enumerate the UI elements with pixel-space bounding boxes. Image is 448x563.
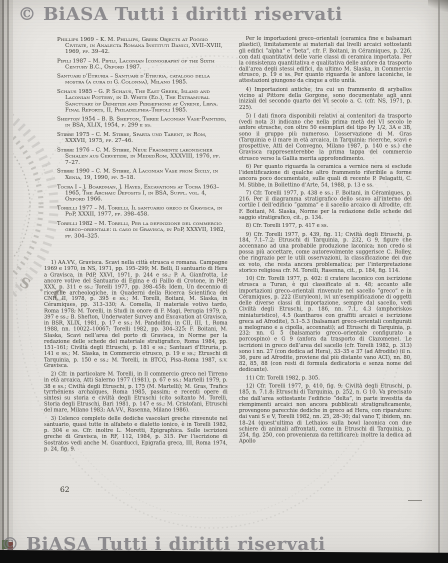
bibliography-entry: Torelli 1982 – M. Torelli, Per la defini… bbox=[57, 220, 227, 238]
footnotes-right-column: Per le importazioni greco–orientali (cer… bbox=[239, 36, 412, 447]
bibliography-entry: Schaus 1985 – G. P. Schaus, The East Gre… bbox=[57, 88, 227, 112]
footnote: 12) Cfr. Torelli 1977, p. 410, fig. 9; C… bbox=[239, 384, 412, 445]
bibliography-entry: Tocra I – J. Boardman, J. Hayes, Excavat… bbox=[57, 183, 227, 201]
footnote: 2) Cfr. in particolare M. Torelli, in Il… bbox=[44, 371, 228, 413]
bibliography-entry: Torelli 1977 – M. Torelli, Il santuario … bbox=[57, 205, 227, 217]
footnote: 8) Cfr. Torelli 1977, p. 417 e ss. bbox=[239, 223, 412, 229]
bibliography-entry: Shefton 1954 – B. B. Shefton, Three Laco… bbox=[57, 116, 227, 128]
footnote: 6) Per quanto riguarda la ceramica a ver… bbox=[239, 164, 412, 188]
copyright-watermark-top: © BiASA Tutti i diritti riservati bbox=[18, 4, 343, 25]
bibliography-column: Phillips 1969 – K. M. Phillips, Greek Ob… bbox=[57, 36, 227, 242]
bibliography-entry: Santuari d’Etruria – Santuari d’Etruria,… bbox=[57, 73, 227, 85]
footnote: 9) Cfr. Torelli 1977, p. 439, fig. 11; C… bbox=[239, 232, 412, 274]
bibliography-entry: Stibbe 1990 – C. M. Stibbe, A Laconian V… bbox=[57, 168, 227, 180]
bibliography-entry: Phillips 1969 – K. M. Phillips, Greek Ob… bbox=[57, 36, 227, 54]
scan-bottom-black-bar bbox=[0, 550, 448, 563]
footnote: 4) Importazioni antiche, tra cui un fram… bbox=[239, 87, 412, 111]
bibliography-entry: Stibbe 1975 – C. M. Stibbe, Sparta und T… bbox=[57, 131, 227, 143]
footnote: 1) AA.VV., Gravisca. Scavi nella città e… bbox=[44, 260, 228, 369]
bibliography-entry: Stibbe 1976 – C. M. Stibbe, Neue Fragmen… bbox=[57, 147, 227, 165]
footnotes-left-column: 1) AA.VV., Gravisca. Scavi nella città e… bbox=[44, 260, 228, 455]
scan-corner-shadow bbox=[428, 0, 448, 12]
page-number: 62 bbox=[60, 485, 70, 494]
scan-dash-mark bbox=[408, 500, 422, 501]
footnote: 11) Cfr. Torelli 1982, p. 305. bbox=[239, 375, 412, 381]
right-column-intro: Per le importazioni greco–orientali (cer… bbox=[239, 36, 412, 84]
scan-edge-right-line bbox=[438, 0, 440, 563]
scanned-journal-page: E S · C O © BiASA Tutti i diritti riserv… bbox=[0, 0, 448, 563]
footnote: 10) Cfr. Torelli 1977, p. 402: il crater… bbox=[239, 276, 412, 373]
footnote: 7) Cfr. Torelli 1977, p. 438 e ss.; F. B… bbox=[239, 191, 412, 221]
footnote: 3) L’elenco completo delle dediche vasco… bbox=[44, 416, 228, 452]
scan-edge-left bbox=[0, 0, 13, 563]
bibliography-entry: Pipili 1987 – M. Pipili, Laconian Iconog… bbox=[57, 57, 227, 69]
footnote: 5) I dati finora disponibili relativi ai… bbox=[239, 113, 412, 161]
